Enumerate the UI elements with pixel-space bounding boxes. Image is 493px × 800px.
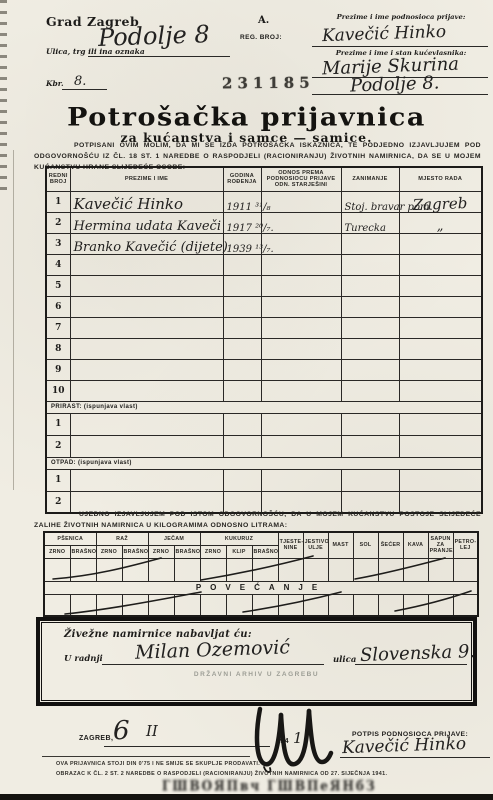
- date-month-handwritten: II: [146, 722, 158, 740]
- otpad-row: 1: [46, 469, 482, 491]
- member-name-handwritten: Hermina udata Kaveči: [74, 219, 221, 234]
- price-note: OVA PRIJAVNICA STOJI DIN 0'75 I NE SMIJE…: [56, 761, 260, 767]
- otpad-band: OTPAD: (ispunjava vlast): [46, 457, 482, 469]
- col-header-prezime-ime: PREZIME I IME: [70, 167, 223, 191]
- ration-form-page: Grad Zagreb A. REG. BROJ: Ulica, trg ili…: [0, 0, 493, 800]
- table-row: 3 Branko Kavečić (dijete) 1939 ¹³/₇.: [46, 233, 482, 254]
- prirast-label: PRIRAST: (ispunjava vlast): [46, 401, 482, 413]
- member-occupation-handwritten: Turecka: [345, 223, 386, 234]
- prirast-row: 2: [46, 435, 482, 457]
- table-row: 6: [46, 296, 482, 317]
- registration-number-stamp: 231185: [222, 74, 315, 93]
- street-value-handwritten: Podolje 8: [98, 20, 211, 52]
- kbr-label: Kbr.: [46, 79, 64, 88]
- otpad-label: OTPAD: (ispunjava vlast): [46, 457, 482, 469]
- applicant-value-handwritten: Kavečić Hinko: [322, 22, 447, 46]
- street-underline: [88, 56, 230, 57]
- applicant-underline: [312, 46, 488, 47]
- table-row: 2 Hermina udata Kaveči 1917 ²⁰/₇. Tureck…: [46, 212, 482, 233]
- table-row: 9: [46, 359, 482, 380]
- form-title: Potrošačka prijavnica: [0, 103, 493, 132]
- binding-crease: [13, 150, 14, 490]
- member-workplace-handwritten: Zagreb: [413, 194, 468, 214]
- table-row: 5: [46, 275, 482, 296]
- page-edge-artifacts: [0, 0, 7, 190]
- archive-stamp: DRŽAVNI ARHIV U ZAGREBU: [40, 671, 473, 678]
- table-row: 1 Kavečić Hinko 1911 ³¹/₈ Stoj. bravar p…: [46, 191, 482, 212]
- col-header-zanimanje: ZANIMANJE: [341, 167, 399, 191]
- section-letter: A.: [258, 15, 269, 26]
- shop-label: U radnji: [64, 654, 103, 664]
- table-row: 10: [46, 380, 482, 401]
- prirast-band: PRIRAST: (ispunjava vlast): [46, 401, 482, 413]
- signature-handwritten: Kavečić Hinko: [342, 734, 467, 758]
- ulica-label: ulica: [333, 655, 356, 665]
- table-row: 8: [46, 338, 482, 359]
- illegible-stamp: ГШВОЯПвч ГШВПеЯНбЗ: [162, 778, 377, 794]
- col-header-mjesto-rada: MJESTO RADA: [399, 167, 482, 191]
- col-header-redni-broj: REDNI BROJ: [46, 167, 70, 191]
- table-row: 4: [46, 254, 482, 275]
- member-workplace-handwritten: „: [437, 218, 444, 233]
- form-reference-note: OBRAZAC K ČL. 2 ST. 2 NAREDBE O RASPODJE…: [56, 771, 476, 777]
- member-name-handwritten: Branko Kavečić (dijete): [74, 240, 228, 255]
- supplies-declaration: UJEDNO IZJAVLJUJEM POD ISTOM ODGOVORNOŠĆ…: [34, 510, 481, 532]
- household-members-table: REDNI BROJ PREZIME I IME GODINA ROĐENJA …: [45, 166, 483, 514]
- table-header-row: REDNI BROJ PREZIME I IME GODINA ROĐENJA …: [46, 167, 482, 191]
- applicant-label: Prezime i ime podnosioca prijave:: [315, 13, 487, 21]
- zagreb-date-label: ZAGREB,: [79, 735, 113, 742]
- col-header-odnos: ODNOS PREMA PODNOSIOCU PRIJAVE ODN. STAR…: [261, 167, 341, 191]
- shop-value-handwritten: Milan Ozemović: [135, 636, 291, 663]
- crossed-out-strokes: [43, 531, 477, 619]
- shop-underline: [102, 664, 324, 665]
- shop-street-handwritten: Slovenska 9.: [360, 641, 476, 666]
- fineprint-rule: [42, 756, 250, 757]
- date-underline: [104, 746, 270, 747]
- signature-flourish: [252, 703, 340, 777]
- prirast-row: 1: [46, 413, 482, 435]
- member-name-handwritten: Kavečić Hinko: [74, 195, 184, 213]
- landlord-address-handwritten: Podolje 8.: [350, 72, 440, 96]
- kbr-value-handwritten: 8.: [74, 74, 86, 89]
- reg-broj-label: REG. BROJ:: [240, 34, 282, 41]
- date-day-handwritten: 6: [113, 716, 130, 746]
- page-bottom-edge: [0, 794, 493, 800]
- purchase-declaration-box: Živežne namirnice nabavljat ću: U radnji…: [36, 617, 477, 706]
- table-row: 7: [46, 317, 482, 338]
- col-header-godina: GODINA ROĐENJA: [223, 167, 261, 191]
